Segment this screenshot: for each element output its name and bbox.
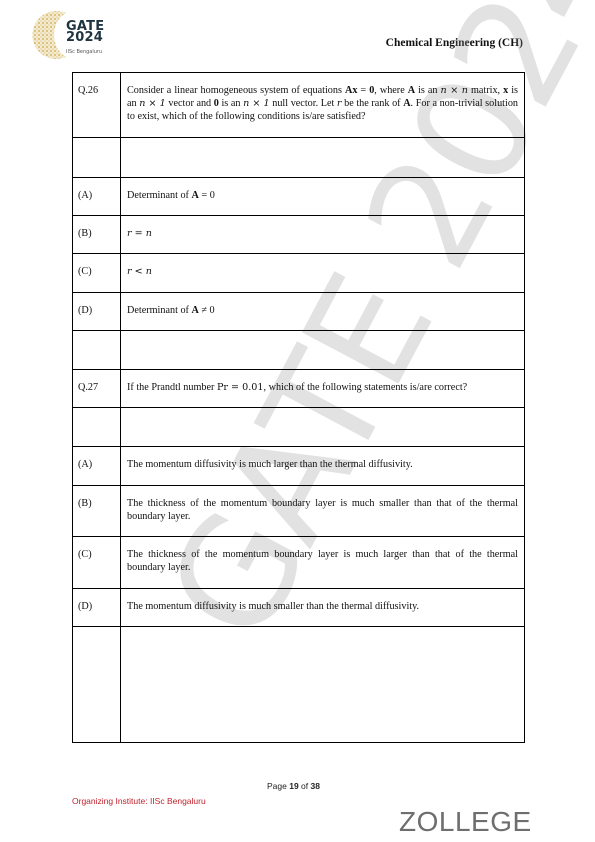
- option-label: (A): [78, 178, 120, 202]
- option-label: (C): [78, 537, 120, 561]
- spacer-row: [73, 331, 525, 370]
- option-text: r < n: [127, 254, 518, 278]
- option-row[interactable]: (B) r = n: [73, 216, 525, 254]
- option-row[interactable]: (A) Determinant of A = 0: [73, 178, 525, 216]
- option-label: (B): [78, 216, 120, 240]
- option-row[interactable]: (D) Determinant of A ≠ 0: [73, 293, 525, 331]
- organizing-institute: Organizing Institute: IISc Bengaluru: [72, 796, 206, 806]
- option-row[interactable]: (C) The thickness of the momentum bounda…: [73, 537, 525, 589]
- option-label: (B): [78, 486, 120, 510]
- option-text: The thickness of the momentum boundary l…: [127, 537, 518, 574]
- gate-2024-logo: GATE 2024 IISc Bengaluru: [30, 10, 180, 65]
- question-row: Q.27 If the Prandtl number Pr = 0.01, wh…: [73, 370, 525, 408]
- option-label: (D): [78, 293, 120, 317]
- option-row[interactable]: (C) r < n: [73, 254, 525, 293]
- logo-subtitle: IISc Bengaluru: [66, 49, 102, 55]
- option-text: r = n: [127, 216, 518, 240]
- option-label: (A): [78, 447, 120, 471]
- option-text: Determinant of A ≠ 0: [127, 293, 518, 317]
- option-label: (D): [78, 589, 120, 613]
- question-table: Q.26 Consider a linear homogeneous syste…: [72, 72, 525, 743]
- question-number: Q.27: [78, 370, 120, 394]
- spacer-row: [73, 408, 525, 447]
- option-text: The thickness of the momentum boundary l…: [127, 486, 518, 523]
- option-row[interactable]: (D) The momentum diffusivity is much sma…: [73, 589, 525, 627]
- spacer-row: [73, 627, 525, 743]
- question-row: Q.26 Consider a linear homogeneous syste…: [73, 73, 525, 138]
- option-row[interactable]: (B) The thickness of the momentum bounda…: [73, 486, 525, 537]
- option-text: The momentum diffusivity is much smaller…: [127, 589, 518, 613]
- question-stem: Consider a linear homogeneous system of …: [127, 73, 518, 124]
- option-label: (C): [78, 254, 120, 278]
- spacer-row: [73, 138, 525, 178]
- zollege-brand: ZOLLEGE: [399, 806, 532, 838]
- logo-title: GATE 2024: [66, 21, 104, 43]
- paper-subject: Chemical Engineering (CH): [386, 37, 523, 49]
- option-text: Determinant of A = 0: [127, 178, 518, 202]
- page-number: Page 19 of 38: [267, 781, 320, 791]
- question-stem: If the Prandtl number Pr = 0.01, which o…: [127, 370, 518, 394]
- option-text: The momentum diffusivity is much larger …: [127, 447, 518, 471]
- logo-line-2: 2024: [66, 32, 104, 43]
- option-row[interactable]: (A) The momentum diffusivity is much lar…: [73, 447, 525, 486]
- question-number: Q.26: [78, 73, 120, 97]
- globe-icon: [30, 10, 68, 60]
